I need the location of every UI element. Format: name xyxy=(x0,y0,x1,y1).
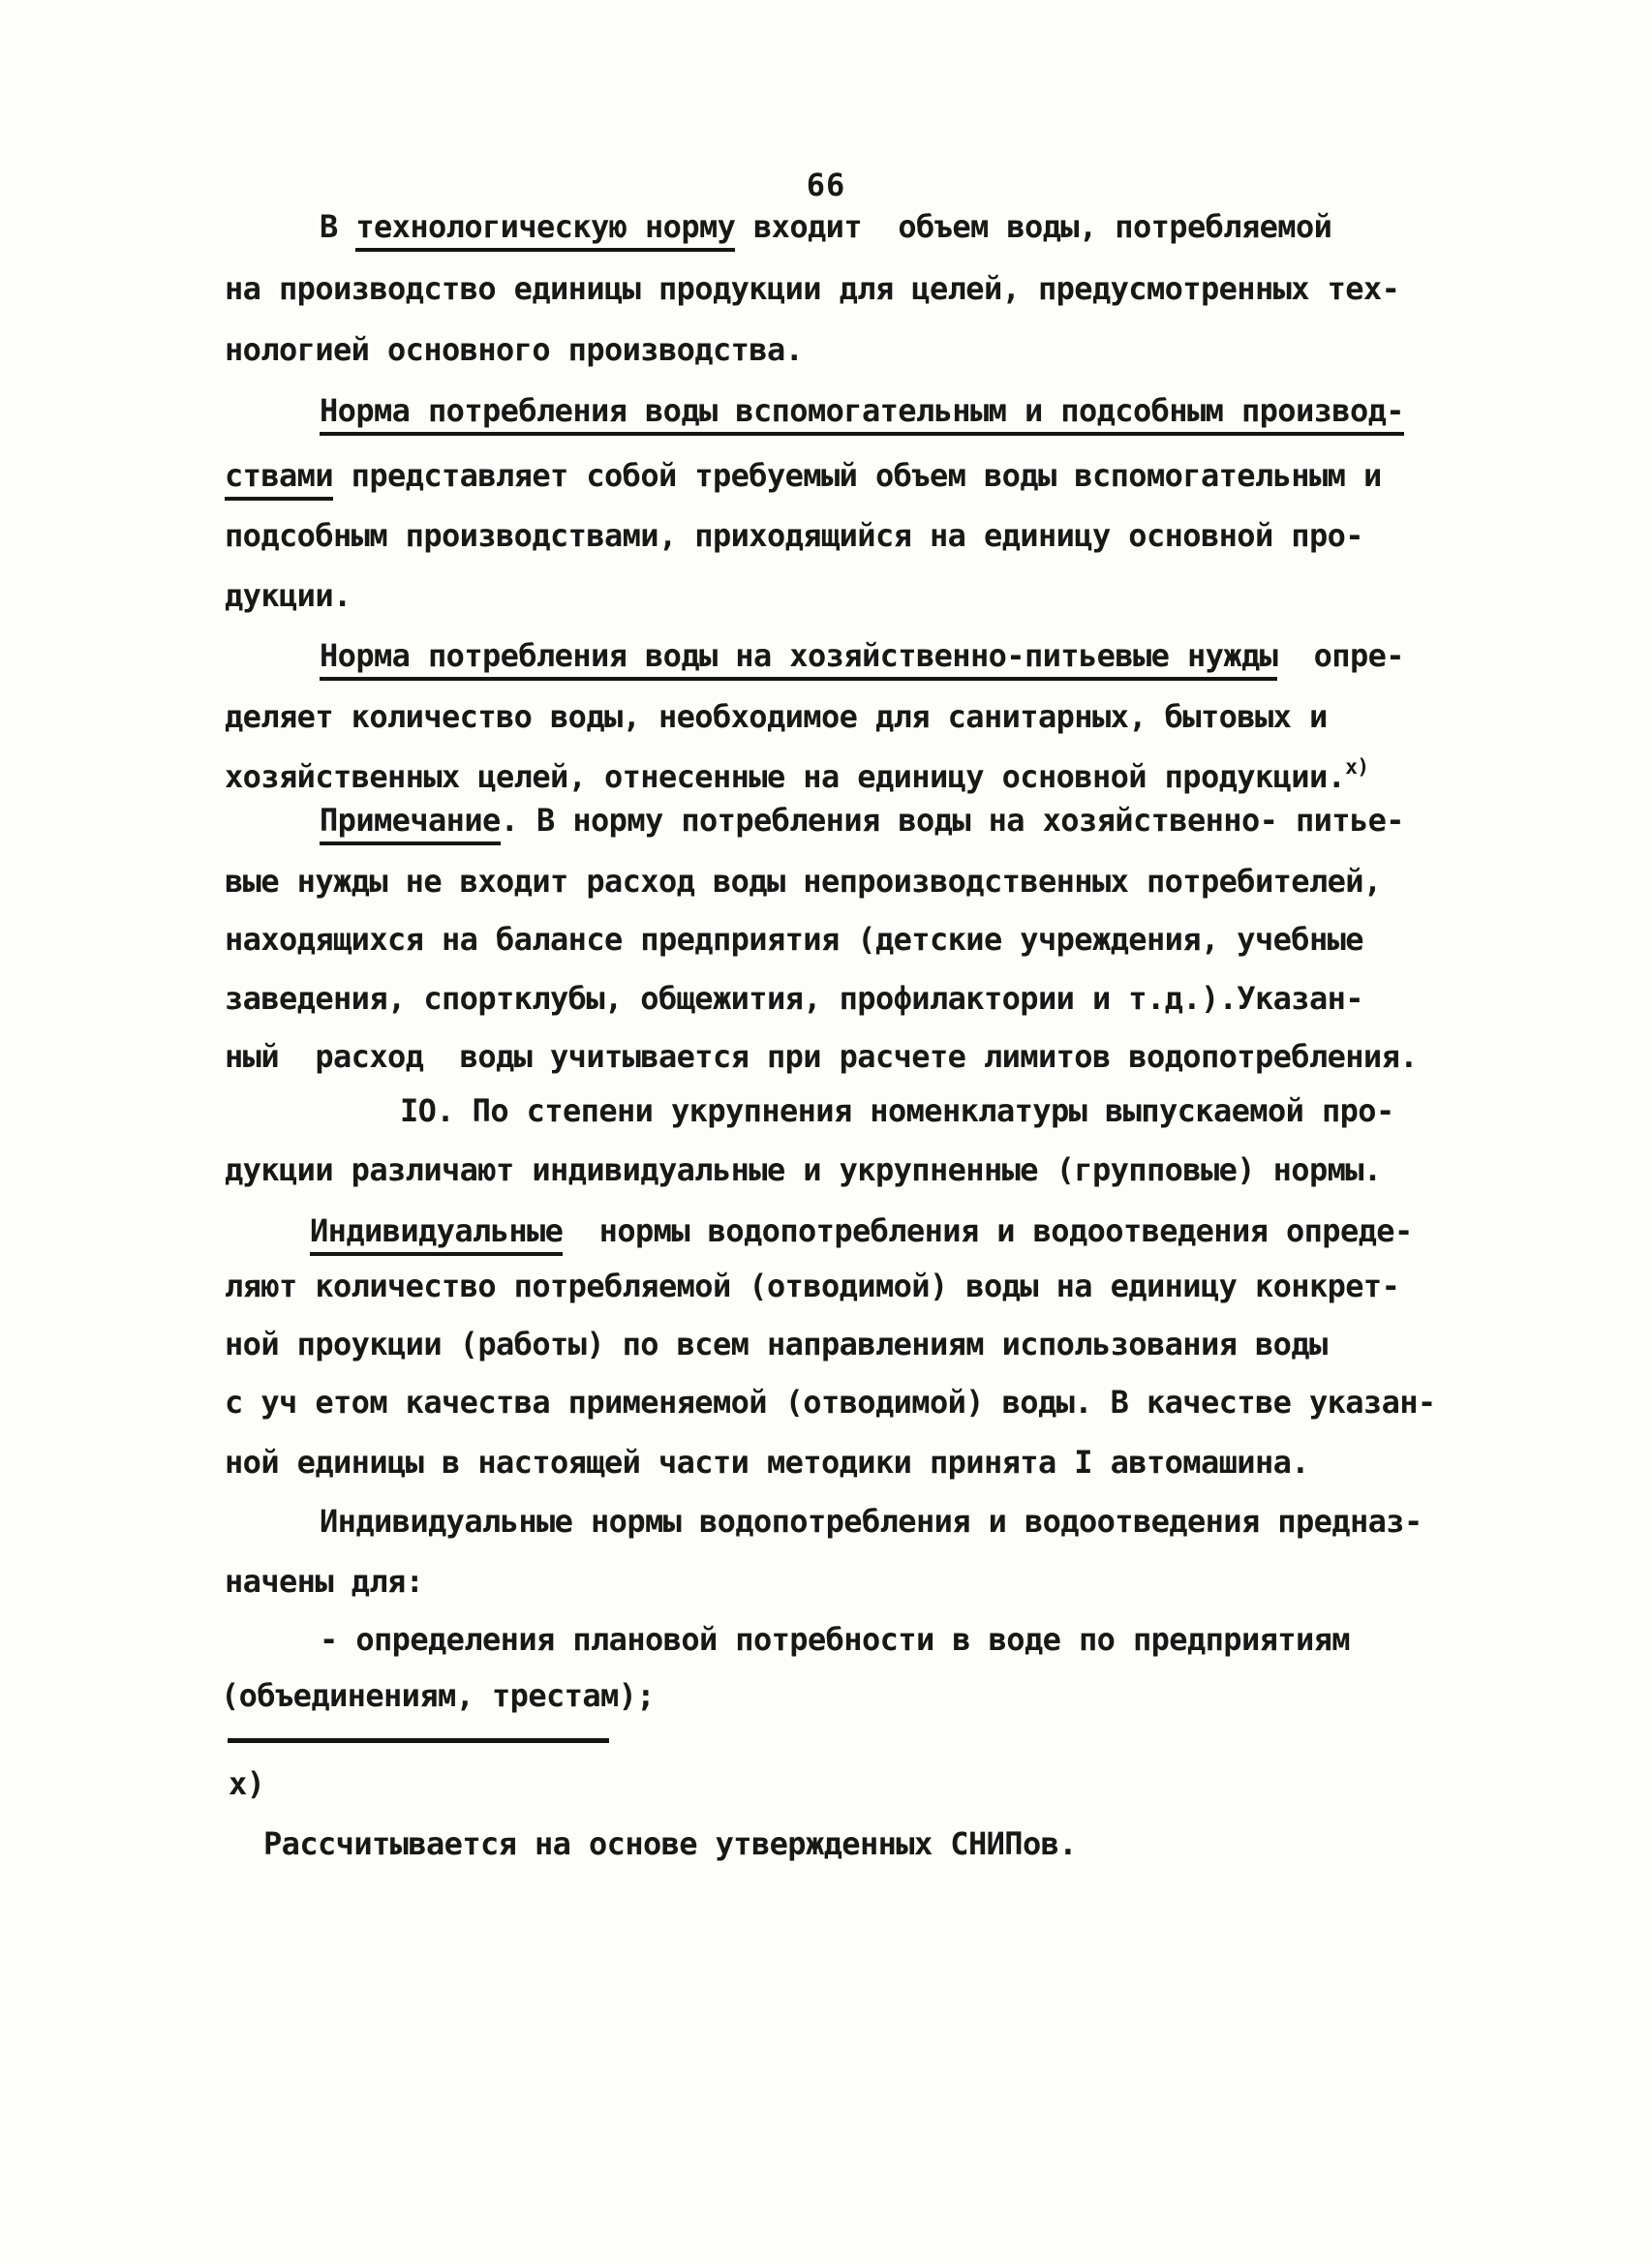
text-line: - определения плановой потребности в вод… xyxy=(320,1620,1350,1659)
text-line: находящихся на балансе предприятия (детс… xyxy=(225,920,1363,959)
text-line: Норма потребления воды вспомогательным и… xyxy=(320,391,1404,436)
text-line: (объединениям, трестам); xyxy=(221,1676,655,1715)
text-line: хозяйственных целей, отнесенные на едини… xyxy=(225,757,1368,800)
text-line: Индивидуальные нормы водопотребления и в… xyxy=(320,1502,1423,1541)
text-line: деляет количество воды, необходимое для … xyxy=(225,697,1328,736)
text-line: дукции. xyxy=(225,576,352,615)
text-line: х) xyxy=(229,1764,264,1803)
text-line: на производство единицы продукции для це… xyxy=(225,269,1399,308)
text-line: Норма потребления воды на хозяйственно-п… xyxy=(320,636,1404,681)
footnote-separator-rule xyxy=(228,1738,609,1743)
text-line: ной проукции (работы) по всем направлени… xyxy=(225,1325,1328,1363)
text-line: ляют количество потребляемой (отводимой)… xyxy=(225,1267,1399,1305)
document-page: 66 В технологическую норму входит объем … xyxy=(0,0,1652,2264)
page-number: 66 xyxy=(0,167,1652,203)
text-line: Рассчитывается на основе утвержденных СН… xyxy=(263,1824,1077,1863)
text-line: вые нужды не входит расход воды непроизв… xyxy=(225,862,1382,901)
text-line: начены для: xyxy=(225,1562,423,1601)
text-line: IO. По степени укрупнения номенклатуры в… xyxy=(400,1091,1394,1130)
text-line: нологией основного производства. xyxy=(225,330,803,369)
text-line: дукции различают индивидуальные и укрупн… xyxy=(225,1150,1382,1189)
text-line: ный расход воды учитывается при расчете … xyxy=(225,1037,1418,1076)
text-line: заведения, спортклубы, общежития, профил… xyxy=(225,979,1363,1018)
text-line: Индивидуальные нормы водопотребления и в… xyxy=(310,1211,1413,1256)
text-line: В технологическую норму входит объем вод… xyxy=(320,207,1331,252)
text-line: Примечание. В норму потребления воды на … xyxy=(320,801,1404,845)
text-line: подсобным производствами, приходящийся н… xyxy=(225,516,1363,555)
text-line: ной единицы в настоящей части методики п… xyxy=(225,1443,1309,1482)
text-line: с уч етом качества применяемой (отводимо… xyxy=(225,1383,1436,1422)
footnote-reference-marker: х) xyxy=(1345,748,1368,786)
text-line: ствами представляет собой требуемый объе… xyxy=(225,456,1382,501)
